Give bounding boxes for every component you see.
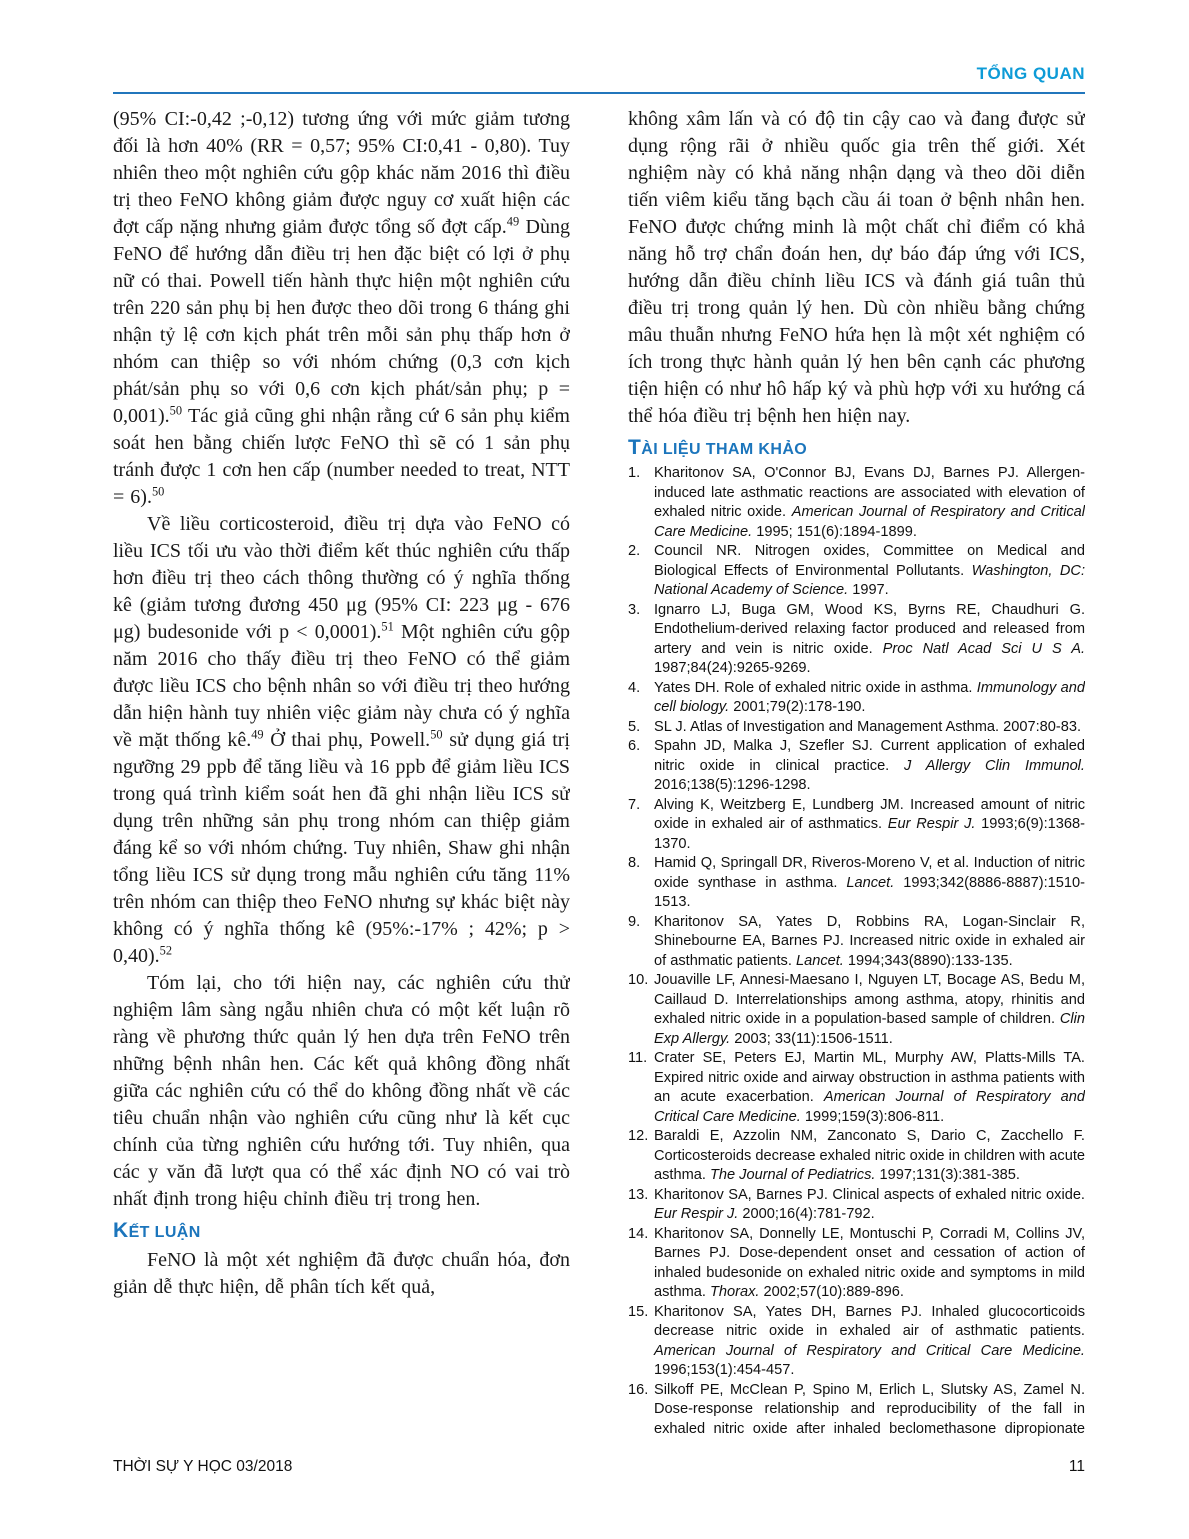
body-paragraph: Về liều corticosteroid, điều trị dựa vào…: [113, 511, 570, 970]
reference-text: Kharitonov SA, Barnes PJ. Clinical aspec…: [654, 1186, 1085, 1225]
reference-text: Crater SE, Peters EJ, Martin ML, Murphy …: [654, 1049, 1085, 1127]
page-footer: THỜI SỰ Y HỌC 03/2018 11: [113, 1458, 1085, 1476]
reference-item: 7.Alving K, Weitzberg E, Lundberg JM. In…: [628, 796, 1085, 855]
reference-text: Council NR. Nitrogen oxides, Committee o…: [654, 542, 1085, 601]
reference-item: 2.Council NR. Nitrogen oxides, Committee…: [628, 542, 1085, 601]
reference-text: Alving K, Weitzberg E, Lundberg JM. Incr…: [654, 796, 1085, 855]
reference-text: Kharitonov SA, O'Connor BJ, Evans DJ, Ba…: [654, 464, 1085, 542]
reference-item: 8.Hamid Q, Springall DR, Riveros-Moreno …: [628, 854, 1085, 913]
references-heading: TÀI LIỆU THAM KHẢO: [628, 436, 1085, 460]
reference-number: 10.: [628, 971, 654, 1049]
body-paragraph: Tóm lại, cho tới hiện nay, các nghiên cứ…: [113, 970, 570, 1213]
reference-number: 1.: [628, 464, 654, 542]
body-paragraph: không xâm lấn và có độ tin cậy cao và đa…: [628, 106, 1085, 430]
reference-number: 11.: [628, 1049, 654, 1127]
reference-number: 15.: [628, 1303, 654, 1381]
reference-text: SL J. Atlas of Investigation and Managem…: [654, 718, 1085, 738]
reference-number: 7.: [628, 796, 654, 855]
reference-item: 4.Yates DH. Role of exhaled nitric oxide…: [628, 679, 1085, 718]
reference-text: Ignarro LJ, Buga GM, Wood KS, Byrns RE, …: [654, 601, 1085, 679]
reference-text: Spahn JD, Malka J, Szefler SJ. Current a…: [654, 737, 1085, 796]
reference-number: 14.: [628, 1225, 654, 1303]
left-column: (95% CI:-0,42 ;-0,12) tương ứng với mức …: [113, 106, 570, 1436]
reference-item: 1.Kharitonov SA, O'Connor BJ, Evans DJ, …: [628, 464, 1085, 542]
conclusion-paragraph: FeNO là một xét nghiệm đã được chuẩn hóa…: [113, 1247, 570, 1301]
reference-text: Jouaville LF, Annesi-Maesano I, Nguyen L…: [654, 971, 1085, 1049]
reference-item: 13.Kharitonov SA, Barnes PJ. Clinical as…: [628, 1186, 1085, 1225]
page-header: TỔNG QUAN: [113, 64, 1085, 92]
reference-item: 12.Baraldi E, Azzolin NM, Zanconato S, D…: [628, 1127, 1085, 1186]
reference-item: 3.Ignarro LJ, Buga GM, Wood KS, Byrns RE…: [628, 601, 1085, 679]
header-rule: [113, 92, 1085, 94]
section-label: TỔNG QUAN: [977, 64, 1085, 83]
reference-item: 9.Kharitonov SA, Yates D, Robbins RA, Lo…: [628, 913, 1085, 972]
reference-number: 2.: [628, 542, 654, 601]
reference-item: 5.SL J. Atlas of Investigation and Manag…: [628, 718, 1085, 738]
reference-item: 15.Kharitonov SA, Yates DH, Barnes PJ. I…: [628, 1303, 1085, 1381]
journal-page: TỔNG QUAN (95% CI:-0,42 ;-0,12) tương ứn…: [0, 0, 1189, 1539]
reference-number: 13.: [628, 1186, 654, 1225]
reference-number: 9.: [628, 913, 654, 972]
reference-text: Kharitonov SA, Donnelly LE, Montuschi P,…: [654, 1225, 1085, 1303]
reference-text: Baraldi E, Azzolin NM, Zanconato S, Dari…: [654, 1127, 1085, 1186]
reference-number: 16.: [628, 1381, 654, 1437]
reference-number: 3.: [628, 601, 654, 679]
reference-text: Yates DH. Role of exhaled nitric oxide i…: [654, 679, 1085, 718]
reference-number: 6.: [628, 737, 654, 796]
journal-name: THỜI SỰ Y HỌC 03/2018: [113, 1458, 292, 1476]
two-column-layout: (95% CI:-0,42 ;-0,12) tương ứng với mức …: [113, 106, 1085, 1436]
reference-item: 16.Silkoff PE, McClean P, Spino M, Erlic…: [628, 1381, 1085, 1437]
references-list: 1.Kharitonov SA, O'Connor BJ, Evans DJ, …: [628, 464, 1085, 1436]
reference-number: 12.: [628, 1127, 654, 1186]
reference-item: 14.Kharitonov SA, Donnelly LE, Montuschi…: [628, 1225, 1085, 1303]
reference-number: 4.: [628, 679, 654, 718]
reference-text: Kharitonov SA, Yates D, Robbins RA, Loga…: [654, 913, 1085, 972]
reference-number: 8.: [628, 854, 654, 913]
right-column: không xâm lấn và có độ tin cậy cao và đa…: [628, 106, 1085, 1436]
reference-item: 10.Jouaville LF, Annesi-Maesano I, Nguye…: [628, 971, 1085, 1049]
reference-text: Hamid Q, Springall DR, Riveros-Moreno V,…: [654, 854, 1085, 913]
reference-number: 5.: [628, 718, 654, 738]
reference-item: 6.Spahn JD, Malka J, Szefler SJ. Current…: [628, 737, 1085, 796]
reference-text: Silkoff PE, McClean P, Spino M, Erlich L…: [654, 1381, 1085, 1437]
body-paragraph: (95% CI:-0,42 ;-0,12) tương ứng với mức …: [113, 106, 570, 511]
page-number: 11: [1069, 1458, 1085, 1476]
conclusion-heading: KẾT LUẬN: [113, 1219, 570, 1243]
reference-text: Kharitonov SA, Yates DH, Barnes PJ. Inha…: [654, 1303, 1085, 1381]
reference-item: 11.Crater SE, Peters EJ, Martin ML, Murp…: [628, 1049, 1085, 1127]
